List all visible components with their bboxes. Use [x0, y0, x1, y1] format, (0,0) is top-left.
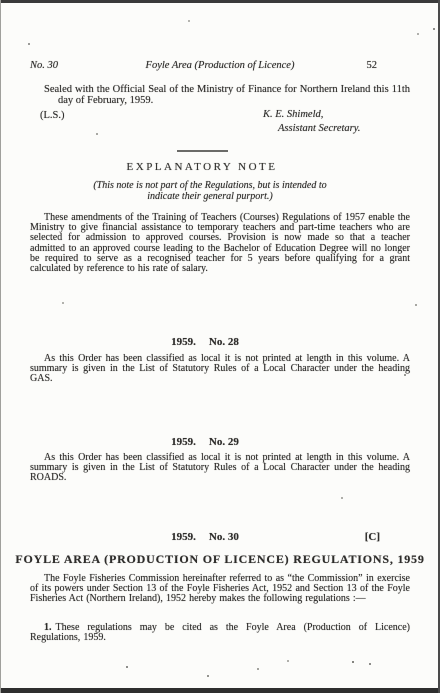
classification-mark: [C] [365, 531, 380, 543]
page-number: 52 [367, 60, 378, 71]
preamble: The Foyle Fisheries Commission hereinaft… [30, 574, 410, 605]
explanatory-note-subtitle: (This note is not part of the Regulation… [0, 181, 420, 202]
scan-edge-top [0, 0, 440, 3]
signature-block: K. E. Shimeld, Assistant Secretary. [263, 108, 360, 135]
explanatory-note-body: These amendments of the Training of Teac… [30, 213, 410, 274]
section-number: No. 30 [209, 531, 239, 543]
regulation-1-text: These regulations may be cited as the Fo… [30, 622, 410, 643]
section-year: 1959. [171, 336, 196, 348]
explanatory-note-heading: EXPLANATORY NOTE [0, 161, 404, 173]
section-body-no29: As this Order has been classified as loc… [30, 453, 410, 484]
section-heading-no29: 1959.No. 29 [0, 436, 410, 448]
header-rule-number: No. 30 [30, 60, 58, 71]
section-number: No. 29 [209, 436, 239, 448]
divider-rule [177, 150, 228, 152]
section-body-no28: As this Order has been classified as loc… [30, 354, 410, 385]
explanatory-note-subtitle-line1: (This note is not part of the Regulation… [0, 181, 420, 192]
regulation-1: 1.These regulations may be cited as the … [30, 623, 410, 643]
section-heading-no28: 1959.No. 28 [0, 336, 410, 348]
explanatory-note-subtitle-line2: indicate their general purport.) [0, 192, 420, 203]
header-title: Foyle Area (Production of Licence) [146, 60, 295, 71]
document-page: No. 30 Foyle Area (Production of Licence… [0, 0, 440, 693]
running-header: No. 30 Foyle Area (Production of Licence… [30, 60, 410, 74]
scan-edge-bottom [0, 688, 440, 693]
section-heading-no30: 1959.No. 30 [0, 531, 410, 543]
section-year: 1959. [171, 531, 196, 543]
seal-mark: (L.S.) [40, 110, 65, 121]
section-number: No. 28 [209, 336, 239, 348]
section-year: 1959. [171, 436, 196, 448]
sealed-clause: Sealed with the Official Seal of the Min… [30, 84, 410, 106]
signatory-title: Assistant Secretary. [263, 122, 360, 136]
scan-noise [0, 0, 2, 2]
signatory-name: K. E. Shimeld, [263, 108, 360, 122]
regulations-title: FOYLE AREA (PRODUCTION OF LICENCE) REGUL… [0, 552, 440, 567]
